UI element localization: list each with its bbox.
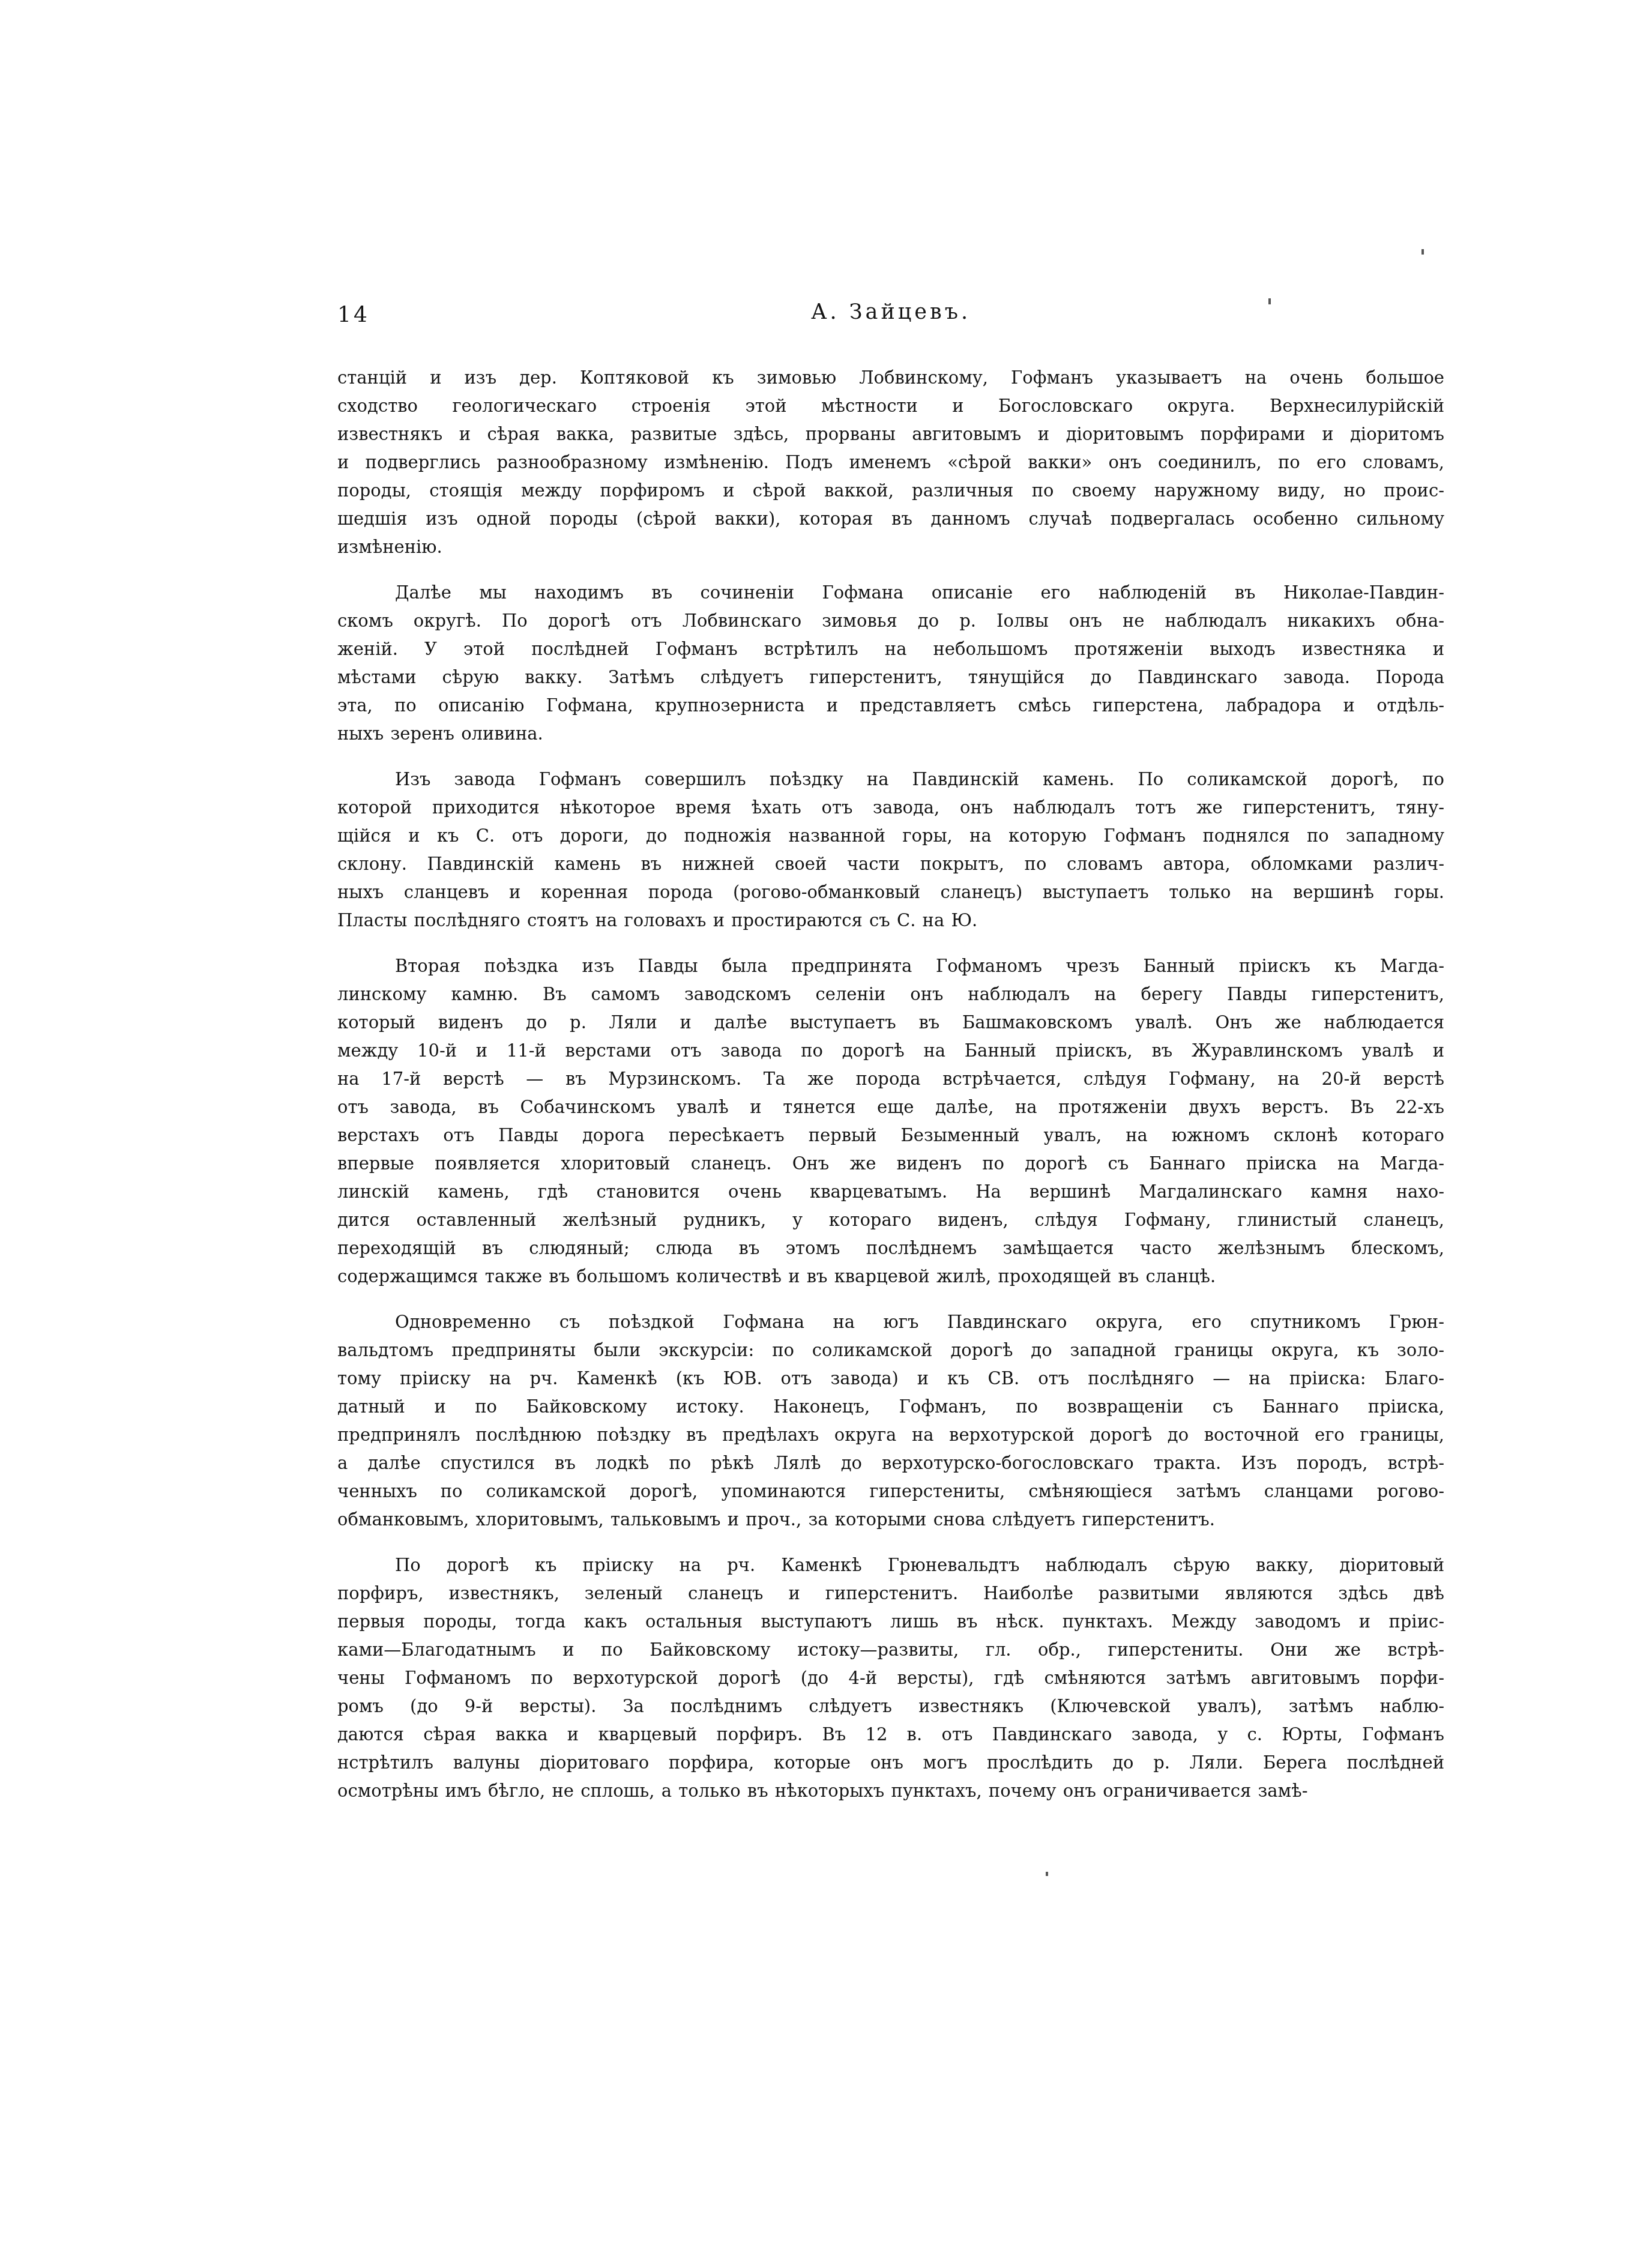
text-line: нстрѣтилъ валуны діоритоваго порфира, ко… bbox=[337, 1749, 1444, 1777]
text-line: склону. Павдинскій камень въ нижней свое… bbox=[337, 850, 1444, 878]
text-line: станцій и изъ дер. Коптяковой къ зимовью… bbox=[337, 364, 1444, 392]
text-line: ками—Благодатнымъ и по Байковскому исток… bbox=[337, 1636, 1444, 1664]
text-line: вальдтомъ предприняты были экскурсіи: по… bbox=[337, 1336, 1444, 1365]
text-line: первыя породы, тогда какъ остальныя выст… bbox=[337, 1608, 1444, 1636]
page-header: 14 А. Зайцевъ. bbox=[337, 300, 1444, 336]
paragraph-1: станцій и изъ дер. Коптяковой къ зимовью… bbox=[337, 364, 1444, 561]
text-line: эта, по описанію Гофмана, крупнозерниста… bbox=[337, 692, 1444, 720]
page-number: 14 bbox=[337, 303, 370, 327]
text-line: линскому камню. Въ самомъ заводскомъ сел… bbox=[337, 980, 1444, 1009]
text-line: обманковымъ, хлоритовымъ, тальковымъ и п… bbox=[337, 1506, 1444, 1534]
text-line: чены Гофманомъ по верхотурской дорогѣ (д… bbox=[337, 1664, 1444, 1692]
text-line: ныхъ сланцевъ и коренная порода (рогово-… bbox=[337, 878, 1444, 906]
text-line: и подверглись разнообразному измѣненію. … bbox=[337, 448, 1444, 477]
text-line: осмотрѣны имъ бѣгло, не сплошь, а только… bbox=[337, 1777, 1444, 1805]
paragraph-6: По дорогѣ къ пріиску на рч. Каменкѣ Грюн… bbox=[337, 1551, 1444, 1805]
text-line: которой приходится нѣкоторое время ѣхать… bbox=[337, 794, 1444, 822]
text-line: Вторая поѣздка изъ Павды была предпринят… bbox=[337, 952, 1444, 980]
ink-speck bbox=[1046, 1872, 1048, 1876]
text-line: щійся и къ С. отъ дороги, до подножія на… bbox=[337, 822, 1444, 850]
text-line: мѣстами сѣрую вакку. Затѣмъ слѣдуетъ гип… bbox=[337, 663, 1444, 692]
ink-speck bbox=[1268, 298, 1271, 304]
text-line: ченныхъ по соликамской дорогѣ, упоминают… bbox=[337, 1477, 1444, 1506]
running-title: А. Зайцевъ. bbox=[337, 300, 1444, 324]
page-text: станцій и изъ дер. Коптяковой къ зимовью… bbox=[337, 364, 1444, 1823]
text-line: ныхъ зеренъ оливина. bbox=[337, 720, 1444, 748]
text-line: шедшія изъ одной породы (сѣрой вакки), к… bbox=[337, 505, 1444, 533]
book-page: 14 А. Зайцевъ. станцій и изъ дер. Коптяк… bbox=[0, 0, 1652, 2262]
text-line: порфиръ, известнякъ, зеленый сланецъ и г… bbox=[337, 1579, 1444, 1608]
text-line: Далѣе мы находимъ въ сочиненіи Гофмана о… bbox=[337, 579, 1444, 607]
text-line: датный и по Байковскому истоку. Наконецъ… bbox=[337, 1393, 1444, 1421]
paragraph-5: Одновременно съ поѣздкой Гофмана на югъ … bbox=[337, 1308, 1444, 1534]
text-line: отъ завода, въ Собачинскомъ увалѣ и тяне… bbox=[337, 1093, 1444, 1121]
text-line: известнякъ и сѣрая вакка, развитые здѣсь… bbox=[337, 420, 1444, 448]
text-line: Одновременно съ поѣздкой Гофмана на югъ … bbox=[337, 1308, 1444, 1336]
text-line: содержащимся также въ большомъ количеств… bbox=[337, 1262, 1444, 1291]
text-line: линскій камень, гдѣ становится очень ква… bbox=[337, 1178, 1444, 1206]
text-line: тому пріиску на рч. Каменкѣ (къ ЮВ. отъ … bbox=[337, 1365, 1444, 1393]
text-line: Изъ завода Гофманъ совершилъ поѣздку на … bbox=[337, 765, 1444, 794]
paragraph-2: Далѣе мы находимъ въ сочиненіи Гофмана о… bbox=[337, 579, 1444, 748]
text-line: Пласты послѣдняго стоятъ на головахъ и п… bbox=[337, 906, 1444, 935]
text-line: сходство геологическаго строенія этой мѣ… bbox=[337, 392, 1444, 420]
text-line: впервые появляется хлоритовый сланецъ. О… bbox=[337, 1150, 1444, 1178]
text-line: даются сѣрая вакка и кварцевый порфиръ. … bbox=[337, 1721, 1444, 1749]
ink-speck bbox=[1421, 249, 1424, 255]
text-line: между 10-й и 11-й верстами отъ завода по… bbox=[337, 1037, 1444, 1065]
text-line: а далѣе спустился въ лодкѣ по рѣкѣ Лялѣ … bbox=[337, 1449, 1444, 1477]
paragraph-3: Изъ завода Гофманъ совершилъ поѣздку на … bbox=[337, 765, 1444, 935]
text-line: который виденъ до р. Ляли и далѣе выступ… bbox=[337, 1009, 1444, 1037]
text-line: дится оставленный желѣзный рудникъ, у ко… bbox=[337, 1206, 1444, 1234]
text-line: скомъ округѣ. По дорогѣ отъ Лобвинскаго … bbox=[337, 607, 1444, 635]
text-line: породы, стоящія между порфиромъ и сѣрой … bbox=[337, 477, 1444, 505]
text-line: предпринялъ послѣднюю поѣздку въ предѣла… bbox=[337, 1421, 1444, 1449]
text-line: ромъ (до 9-й версты). За послѣднимъ слѣд… bbox=[337, 1692, 1444, 1721]
text-line: верстахъ отъ Павды дорога пересѣкаетъ пе… bbox=[337, 1121, 1444, 1150]
text-line: измѣненію. bbox=[337, 533, 1444, 561]
text-line: По дорогѣ къ пріиску на рч. Каменкѣ Грюн… bbox=[337, 1551, 1444, 1579]
paragraph-4: Вторая поѣздка изъ Павды была предпринят… bbox=[337, 952, 1444, 1291]
text-line: переходящій въ слюдяный; слюда въ этомъ … bbox=[337, 1234, 1444, 1262]
text-line: на 17-й верстѣ — въ Мурзинскомъ. Та же п… bbox=[337, 1065, 1444, 1093]
text-line: женій. У этой послѣдней Гофманъ встрѣтил… bbox=[337, 635, 1444, 663]
